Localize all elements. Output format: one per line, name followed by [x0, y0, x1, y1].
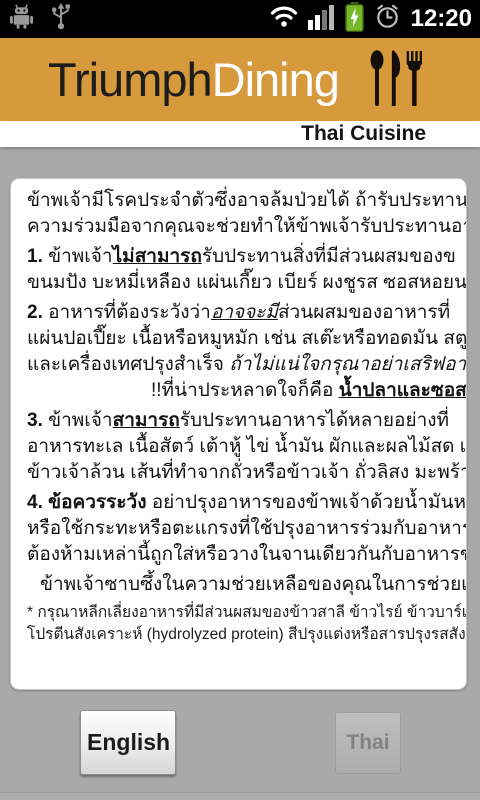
- android-screen: 12:20 TriumphDining Thai Cuisin: [0, 0, 480, 800]
- utensils-icon: [368, 47, 422, 116]
- brand-part-dining: Dining: [212, 53, 339, 106]
- thai-button: Thai: [335, 712, 401, 774]
- status-bar-right: 12:20: [270, 0, 472, 38]
- card-text-line: และเครื่องเทศปรุงสำเร็จ ถ้าไม่แน่ใจกรุณา…: [27, 352, 466, 378]
- android-debug-icon: [8, 4, 35, 35]
- cuisine-title: Thai Cuisine: [301, 122, 426, 146]
- app-header: TriumphDining: [0, 38, 480, 121]
- usb-icon: [49, 3, 73, 35]
- card-text-line: 1. ข้าพเจ้าไม่สามารถรับประทานสิ่งที่มีส่…: [27, 244, 466, 270]
- card-text-line: ความร่วมมือจากคุณจะช่วยทำให้ข้าพเจ้ารับป…: [27, 214, 466, 240]
- card-text-line: 3. ข้าพเจ้าสามารถรับประทานอาหารได้หลายอย…: [27, 408, 466, 434]
- battery-charging-icon: [345, 2, 364, 37]
- alarm-clock-icon: [374, 3, 401, 35]
- card-text-line: ข้าวเจ้าล้วน เส้นที่ทำจากถั่วหรือข้าวเจ้…: [27, 460, 466, 486]
- screen-bottom-edge: [0, 792, 480, 800]
- brand-part-triumph: Triumph: [48, 53, 212, 106]
- clock-time: 12:20: [411, 0, 472, 38]
- status-bar-left: [8, 3, 73, 35]
- card-text-line: 2. อาหารที่ต้องระวังว่าอาจจะมีส่วนผสมของ…: [27, 300, 466, 326]
- card-text-line: !!ที่น่าประหลาดใจก็คือ น้ำปลาและซอสปรุ: [27, 378, 466, 404]
- card-text-line: ข้าพเจ้าซาบซึ้งในความช่วยเหลือของคุณในกา…: [27, 572, 466, 598]
- card-text-line: * กรุณาหลีกเลี่ยงอาหารที่มีส่วนผสมของข้า…: [27, 602, 466, 624]
- card-text-line: โปรตีนสังเคราะห์ (hydrolyzed protein) สี…: [27, 624, 466, 646]
- card-text-line: ข้าพเจ้ามีโรคประจำตัวซึ่งอาจล้มป่วยได้ ถ…: [27, 188, 466, 214]
- wifi-icon: [270, 6, 298, 33]
- brand-logo: TriumphDining: [48, 52, 339, 107]
- dining-card[interactable]: ข้าพเจ้ามีโรคประจำตัวซึ่งอาจล้มป่วยได้ ถ…: [10, 178, 467, 690]
- card-text-line: หรือใช้กระทะหรือตะแกรงที่ใช้ปรุงอาหารร่ว…: [27, 516, 466, 542]
- card-text-line: ต้องห้ามเหล่านี้ถูกใส่หรือวางในจานเดียวก…: [27, 542, 466, 568]
- card-text-line: แผ่นปอเปี๊ยะ เนื้อหรือหมูหมัก เช่น สเต๊ะ…: [27, 326, 466, 352]
- status-bar: 12:20: [0, 0, 480, 38]
- card-text-line: ขนมปัง บะหมี่เหลือง แผ่นเกี๊ยว เบียร์ ผง…: [27, 270, 466, 296]
- english-button[interactable]: English: [80, 710, 176, 775]
- card-text-line: 4. ข้อควรระวัง อย่าปรุงอาหารของข้าพเจ้าด…: [27, 490, 466, 516]
- cuisine-banner: Thai Cuisine: [0, 121, 480, 147]
- card-text-line: อาหารทะเล เนื้อสัตว์ เต้าหู้ ไข่ น้ำมัน …: [27, 434, 466, 460]
- signal-strength-icon: [308, 4, 335, 35]
